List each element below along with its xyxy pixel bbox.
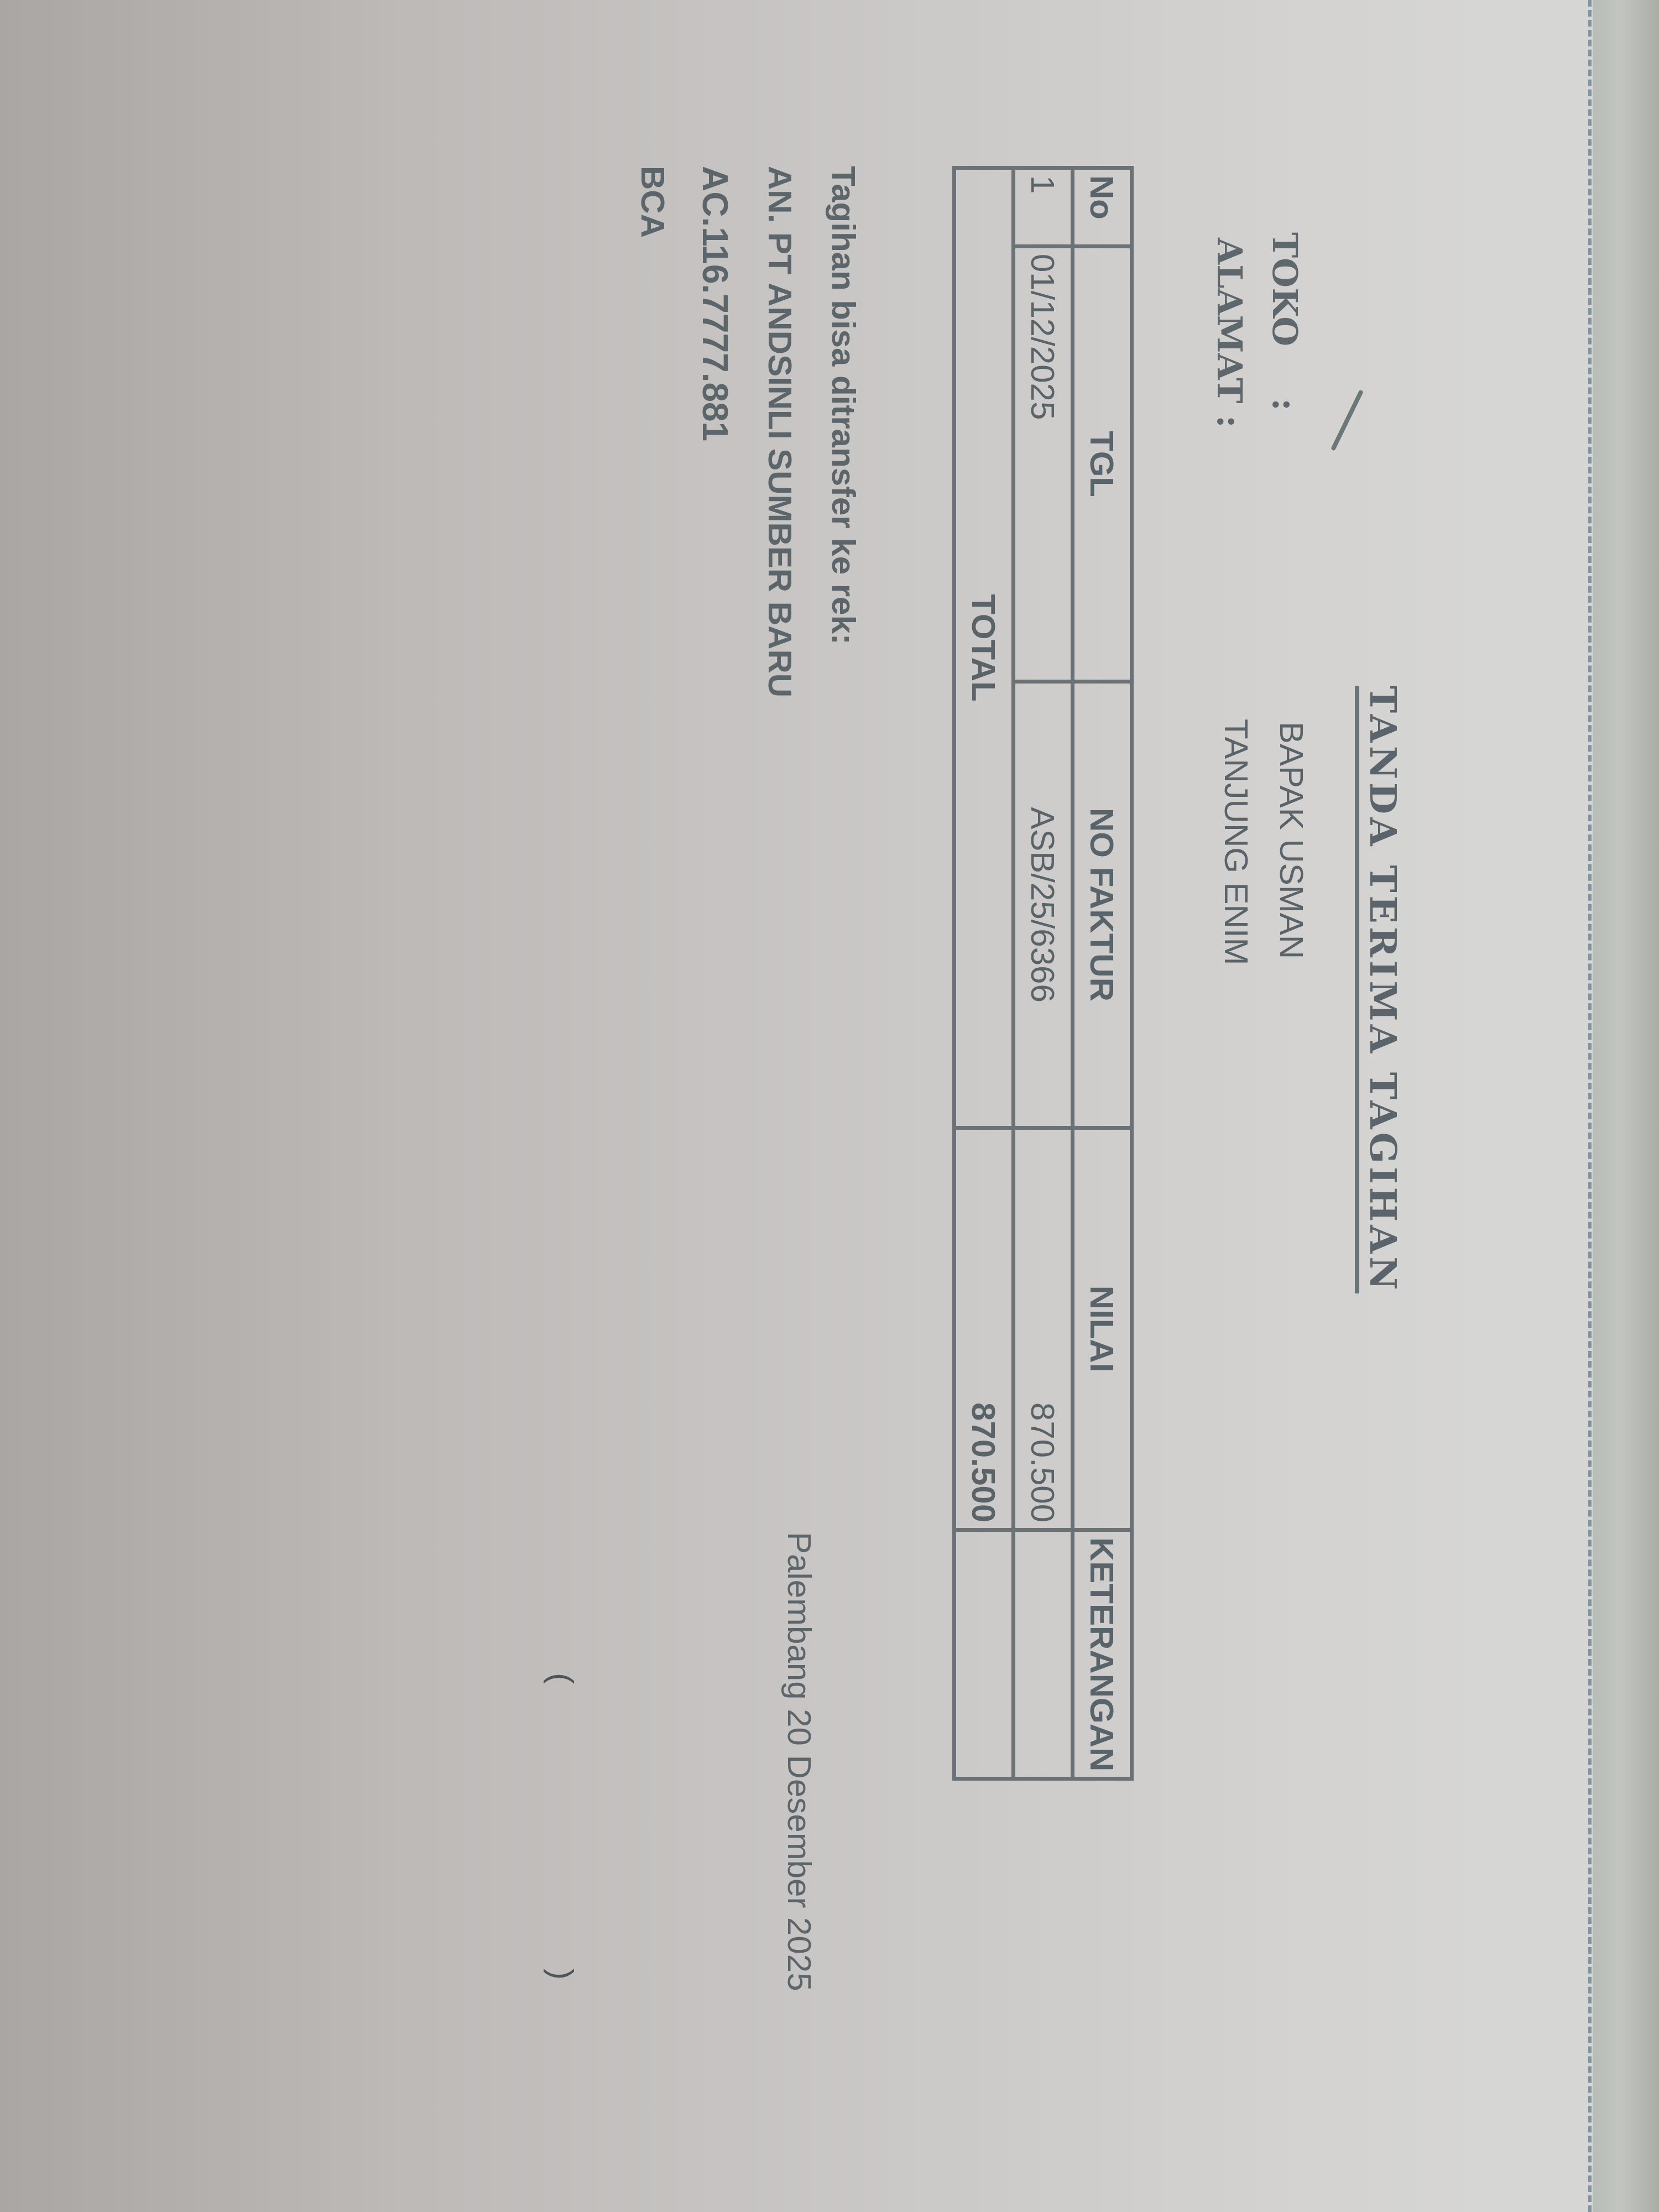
header-nilai: NILAI	[1073, 1128, 1132, 1530]
document-title: TANDA TERIMA TAGIHAN	[1355, 686, 1405, 1293]
total-label: TOTAL	[954, 168, 1014, 1128]
header-no-faktur: NO FAKTUR	[1073, 682, 1132, 1128]
cell-nilai: 870.500	[1014, 1128, 1073, 1530]
total-keterangan	[954, 1530, 1014, 1779]
cell-tgl: 01/12/2025	[1014, 247, 1073, 682]
receipt-page: TANDA TERIMA TAGIHAN TOKO : BAPAK USMAN …	[6, 0, 1587, 2212]
alamat-value: TANJUNG ENIM	[1217, 719, 1255, 966]
alamat-label: ALAMAT :	[1209, 238, 1250, 428]
account-number: AC.116.7777.881	[695, 166, 735, 441]
total-row: TOTAL 870.500	[954, 168, 1014, 1779]
invoice-table: No TGL NO FAKTUR NILAI KETERANGAN 1 01/1…	[952, 166, 1134, 1781]
signature-open-paren: (	[542, 1673, 581, 1684]
pen-mark-icon	[1331, 389, 1364, 451]
desk-surface	[1593, 0, 1659, 2212]
header-tgl: TGL	[1073, 247, 1132, 682]
paper-perforated-edge	[1588, 0, 1592, 2212]
toko-value: BAPAK USMAN	[1272, 722, 1311, 959]
place-date: Palembang 20 Desember 2025	[780, 1532, 818, 1991]
signature-close-paren: )	[542, 1969, 581, 1980]
total-value: 870.500	[954, 1128, 1014, 1530]
transfer-note: Tagihan bisa ditransfer ke rek:	[825, 166, 863, 645]
table-header-row: No TGL NO FAKTUR NILAI KETERANGAN	[1073, 168, 1132, 1779]
header-no: No	[1073, 168, 1132, 247]
account-name: AN. PT ANDSINLI SUMBER BARU	[761, 166, 799, 697]
header-keterangan: KETERANGAN	[1073, 1530, 1132, 1779]
toko-label: TOKO	[1265, 232, 1305, 346]
toko-colon: :	[1265, 398, 1305, 411]
cell-no: 1	[1014, 168, 1073, 247]
bank-name: BCA	[634, 166, 672, 238]
table-row: 1 01/12/2025 ASB/25/6366 870.500	[1014, 168, 1073, 1779]
cell-keterangan	[1014, 1530, 1073, 1779]
cell-no-faktur: ASB/25/6366	[1014, 682, 1073, 1128]
